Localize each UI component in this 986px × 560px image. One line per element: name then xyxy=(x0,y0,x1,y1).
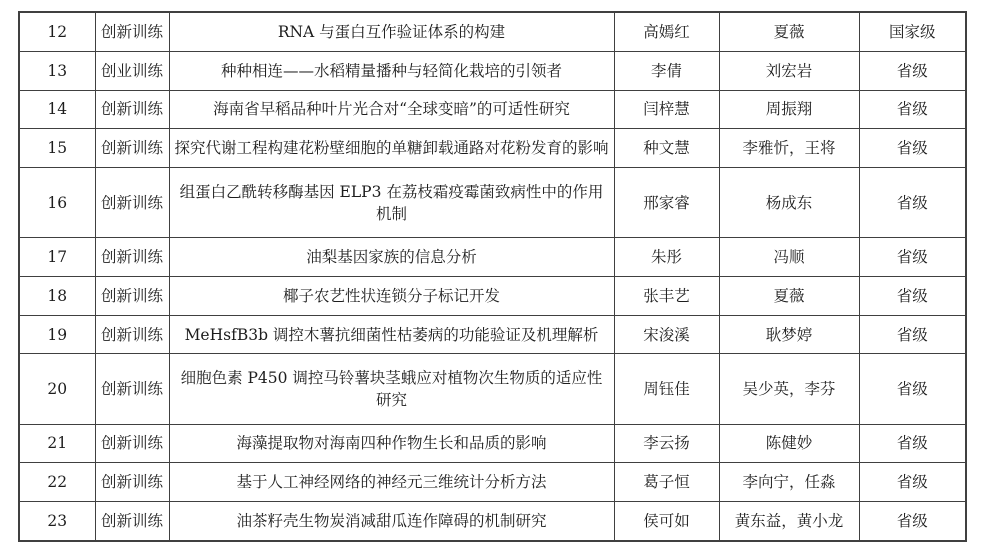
table-row: 22创新训练基于人工神经网络的神经元三维统计分析方法葛子恒李向宁，任淼省级 xyxy=(19,463,966,502)
table-row: 19创新训练MeHsfB3b 调控木薯抗细菌性枯萎病的功能验证及机理解析宋浚溪耿… xyxy=(19,315,966,354)
cell-leader: 朱彤 xyxy=(614,238,719,277)
cell-members: 李雅忻，王将 xyxy=(719,129,859,168)
table-row: 15创新训练探究代谢工程构建花粉壁细胞的单糖卸载通路对花粉发育的影响种文慧李雅忻… xyxy=(19,129,966,168)
cell-title: 海藻提取物对海南四种作物生长和品质的影响 xyxy=(169,424,614,463)
cell-no: 20 xyxy=(19,354,95,424)
cell-no: 14 xyxy=(19,90,95,129)
cell-level: 省级 xyxy=(859,238,966,277)
table-row: 23创新训练油茶籽壳生物炭消减甜瓜连作障碍的机制研究侯可如黄东益，黄小龙省级 xyxy=(19,502,966,541)
projects-table: 12创新训练RNA 与蛋白互作验证体系的构建高嫣红夏薇国家级13创业训练种种相连… xyxy=(18,11,967,542)
cell-members: 陈健妙 xyxy=(719,424,859,463)
cell-leader: 闫梓慧 xyxy=(614,90,719,129)
cell-title: MeHsfB3b 调控木薯抗细菌性枯萎病的功能验证及机理解析 xyxy=(169,315,614,354)
cell-type: 创新训练 xyxy=(95,12,169,51)
cell-level: 省级 xyxy=(859,168,966,238)
cell-title: 油茶籽壳生物炭消减甜瓜连作障碍的机制研究 xyxy=(169,502,614,541)
cell-members: 吴少英，李芬 xyxy=(719,354,859,424)
cell-title: 海南省早稻品种叶片光合对“全球变暗”的可适性研究 xyxy=(169,90,614,129)
cell-type: 创新训练 xyxy=(95,354,169,424)
cell-title: 油梨基因家族的信息分析 xyxy=(169,238,614,277)
cell-title: 基于人工神经网络的神经元三维统计分析方法 xyxy=(169,463,614,502)
cell-members: 夏薇 xyxy=(719,276,859,315)
cell-no: 12 xyxy=(19,12,95,51)
cell-no: 22 xyxy=(19,463,95,502)
cell-leader: 邢家睿 xyxy=(614,168,719,238)
cell-title: 组蛋白乙酰转移酶基因 ELP3 在荔枝霜疫霉菌致病性中的作用机制 xyxy=(169,168,614,238)
cell-leader: 侯可如 xyxy=(614,502,719,541)
cell-type: 创新训练 xyxy=(95,276,169,315)
cell-type: 创新训练 xyxy=(95,424,169,463)
cell-leader: 宋浚溪 xyxy=(614,315,719,354)
cell-type: 创新训练 xyxy=(95,129,169,168)
table-row: 13创业训练种种相连——水稻精量播种与轻简化栽培的引领者李倩刘宏岩省级 xyxy=(19,51,966,90)
cell-title: 椰子农艺性状连锁分子标记开发 xyxy=(169,276,614,315)
cell-level: 省级 xyxy=(859,129,966,168)
cell-type: 创新训练 xyxy=(95,238,169,277)
table-row: 20创新训练细胞色素 P450 调控马铃薯块茎蛾应对植物次生物质的适应性研究周钰… xyxy=(19,354,966,424)
cell-level: 省级 xyxy=(859,502,966,541)
cell-level: 省级 xyxy=(859,315,966,354)
cell-type: 创新训练 xyxy=(95,90,169,129)
cell-title: RNA 与蛋白互作验证体系的构建 xyxy=(169,12,614,51)
cell-type: 创新训练 xyxy=(95,502,169,541)
cell-leader: 张丰艺 xyxy=(614,276,719,315)
cell-leader: 周钰佳 xyxy=(614,354,719,424)
cell-no: 15 xyxy=(19,129,95,168)
table-row: 14创新训练海南省早稻品种叶片光合对“全球变暗”的可适性研究闫梓慧周振翔省级 xyxy=(19,90,966,129)
projects-table-body: 12创新训练RNA 与蛋白互作验证体系的构建高嫣红夏薇国家级13创业训练种种相连… xyxy=(19,12,966,541)
cell-no: 23 xyxy=(19,502,95,541)
cell-members: 夏薇 xyxy=(719,12,859,51)
cell-level: 省级 xyxy=(859,424,966,463)
cell-members: 李向宁，任淼 xyxy=(719,463,859,502)
cell-no: 13 xyxy=(19,51,95,90)
cell-members: 刘宏岩 xyxy=(719,51,859,90)
document-page: 12创新训练RNA 与蛋白互作验证体系的构建高嫣红夏薇国家级13创业训练种种相连… xyxy=(18,11,967,542)
table-row: 18创新训练椰子农艺性状连锁分子标记开发张丰艺夏薇省级 xyxy=(19,276,966,315)
cell-no: 18 xyxy=(19,276,95,315)
cell-no: 19 xyxy=(19,315,95,354)
cell-leader: 种文慧 xyxy=(614,129,719,168)
cell-level: 省级 xyxy=(859,51,966,90)
cell-level: 省级 xyxy=(859,276,966,315)
cell-type: 创新训练 xyxy=(95,315,169,354)
cell-level: 省级 xyxy=(859,90,966,129)
cell-members: 杨成东 xyxy=(719,168,859,238)
cell-type: 创业训练 xyxy=(95,51,169,90)
table-row: 17创新训练油梨基因家族的信息分析朱彤冯顺省级 xyxy=(19,238,966,277)
cell-leader: 李云扬 xyxy=(614,424,719,463)
table-row: 21创新训练海藻提取物对海南四种作物生长和品质的影响李云扬陈健妙省级 xyxy=(19,424,966,463)
cell-leader: 葛子恒 xyxy=(614,463,719,502)
cell-type: 创新训练 xyxy=(95,463,169,502)
cell-no: 17 xyxy=(19,238,95,277)
cell-members: 冯顺 xyxy=(719,238,859,277)
cell-leader: 高嫣红 xyxy=(614,12,719,51)
cell-no: 21 xyxy=(19,424,95,463)
cell-level: 省级 xyxy=(859,463,966,502)
cell-members: 黄东益，黄小龙 xyxy=(719,502,859,541)
table-row: 16创新训练组蛋白乙酰转移酶基因 ELP3 在荔枝霜疫霉菌致病性中的作用机制邢家… xyxy=(19,168,966,238)
cell-members: 周振翔 xyxy=(719,90,859,129)
cell-level: 国家级 xyxy=(859,12,966,51)
table-row: 12创新训练RNA 与蛋白互作验证体系的构建高嫣红夏薇国家级 xyxy=(19,12,966,51)
cell-title: 种种相连——水稻精量播种与轻简化栽培的引领者 xyxy=(169,51,614,90)
cell-level: 省级 xyxy=(859,354,966,424)
cell-members: 耿梦婷 xyxy=(719,315,859,354)
cell-type: 创新训练 xyxy=(95,168,169,238)
cell-no: 16 xyxy=(19,168,95,238)
cell-title: 细胞色素 P450 调控马铃薯块茎蛾应对植物次生物质的适应性研究 xyxy=(169,354,614,424)
cell-leader: 李倩 xyxy=(614,51,719,90)
cell-title: 探究代谢工程构建花粉壁细胞的单糖卸载通路对花粉发育的影响 xyxy=(169,129,614,168)
